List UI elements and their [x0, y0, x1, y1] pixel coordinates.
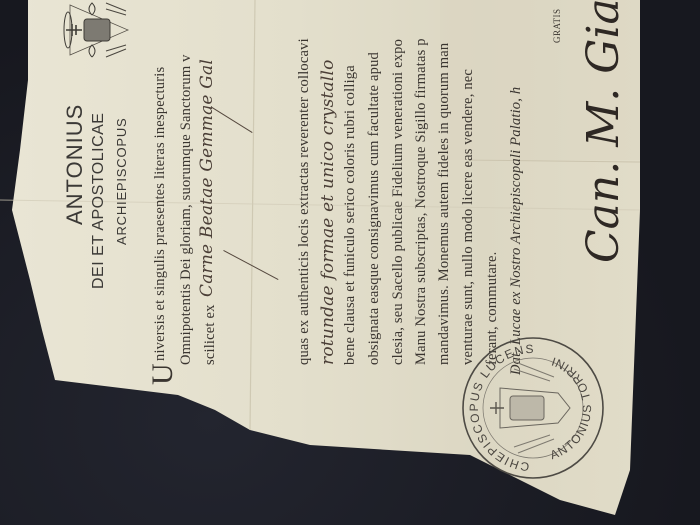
archiepiscopal-seal-icon: ARCHIEPISCOPUS LUCENSIS ANTONIUS TORRINI — [458, 333, 608, 483]
gratis-label: GRATIS — [552, 8, 562, 43]
handwritten-relic: Carne Beatae Gemmae Gal — [197, 59, 217, 297]
body-line-10: mandavimus. Monemus autem fideles in quo… — [436, 43, 453, 365]
header-title-line: DEI ET APOSTOLICAE — [90, 113, 108, 289]
body-line-4: quas ex authenticis locis extractas reve… — [296, 38, 313, 365]
body-line-3: scilicet ex — [202, 304, 219, 365]
body-line-2: Omnipotentis Dei gloriam, suorumque Sanc… — [178, 54, 195, 365]
body-line-8: clesia, seu Sacello publicae Fidelium ve… — [390, 39, 407, 365]
coat-of-arms-icon — [62, 0, 132, 63]
body-line-7: obsignata easque consignavimus cum facul… — [366, 52, 383, 365]
svg-text:ANTONIUS TORRINI: ANTONIUS TORRINI — [548, 354, 594, 462]
handwritten-container: rotundae formae et unico crystallo — [318, 59, 338, 365]
header-archiepiscopus: ARCHIEPISCOPUS — [114, 117, 129, 245]
handwritten-dash-2 — [211, 106, 252, 133]
handwritten-dash — [223, 250, 278, 280]
signature: Can. M. Gian — [578, 0, 629, 263]
body-line-1: niversis et singulis praesentes literas … — [152, 67, 169, 361]
header-name: ANTONIUS — [62, 104, 88, 225]
certificate-content: ANTONIUS DEI ET APOSTOLICAE ARCHIEPISCOP… — [0, 0, 700, 525]
dat-line: Dat. Lucae ex Nostro Archiepiscopali Pal… — [508, 87, 525, 375]
body-line-6: bene clausa et funiculo serico coloris r… — [342, 65, 359, 365]
drop-cap: U — [148, 363, 178, 385]
body-line-9: Manu Nostra subscriptas, Nostroque Sigil… — [413, 38, 430, 365]
body-line-11: venturae sunt, nullo modo licere eas ven… — [460, 69, 477, 365]
